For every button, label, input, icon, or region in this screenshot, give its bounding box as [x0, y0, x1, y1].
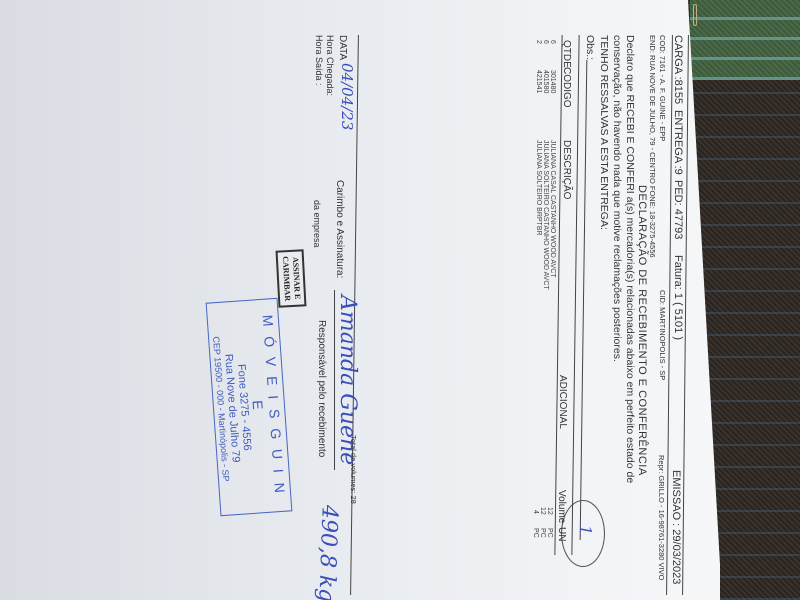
circled-mark: 1 [576, 525, 595, 535]
cell-un: PC [532, 528, 539, 538]
col-header-un: UN [556, 527, 567, 541]
declaration-line-3: TENHO RESSALVAS A ESTA ENTREGA: [597, 35, 610, 230]
responsavel-label: Responsável pelo recebimento [316, 320, 327, 457]
table-header-line [554, 35, 562, 555]
table-top-line [571, 35, 579, 555]
cell-descricao: JULIANA SOLTEIRO CASTANHO WOOD AVCT [542, 140, 549, 290]
cell-codigo: 401580 [542, 70, 549, 93]
cell-volume: 4 [532, 510, 539, 514]
col-header-adicional: ADICIONAL [557, 375, 568, 429]
hora-saida: Hora Saída : [314, 35, 324, 86]
data-label: DATA [337, 35, 348, 60]
data-value: 04/04/23 [338, 63, 356, 130]
header-entrega: ENTREGA :9 [672, 110, 684, 175]
col-header-descricao: DESCRIÇÃO [561, 140, 572, 199]
header-cidade: CID: MARTINOPOLIS - SP [658, 290, 667, 380]
background-fabric-green [690, 0, 800, 80]
cell-codigo: 421541 [535, 70, 542, 93]
obs-label: Obs.: [583, 35, 596, 60]
cell-codigo: 301480 [549, 70, 556, 93]
cell-volume: 12 [546, 507, 553, 515]
delivery-receipt: CARGA :8155 ENTREGA :9 PED: 47793 Fatura… [280, 35, 700, 595]
carimbo-label: Carimbo e Assinatura: [334, 180, 345, 278]
stamp-assinar-carimbar: ASSINAR E CARIMBAR [276, 249, 307, 307]
signature: Amanda Guene [335, 295, 360, 465]
declaration-line-1: Declaro que RECEBI E CONFERI a(s) mercad… [623, 35, 636, 483]
obs-line [580, 60, 588, 540]
cell-un: PC [539, 528, 546, 538]
cell-un: PC [546, 528, 553, 538]
company-stamp: M Ó V E I S G U I N E Fone 3275 - 4556 R… [206, 298, 293, 517]
cell-qtde: 6 [549, 40, 556, 44]
col-header-qtde: QTDE [561, 40, 572, 68]
weight-note: 490,8 kg [313, 505, 341, 600]
col-header-volume: Volume [556, 490, 567, 523]
header-cliente: COD: 7161 - A. F. GUINE - EPP [658, 35, 667, 141]
header-representante: Repr: GRILLO - 16-98761-3280 VIVO [657, 455, 666, 580]
cell-descricao: JULIANA CASAL CASTANHO WOOD AVCT [549, 140, 556, 278]
header-carga: CARGA :8155 [672, 35, 684, 104]
declaration-line-2: conservação, não havendo nada que motive… [610, 35, 623, 362]
hora-chegada: Hora Chegada: [325, 35, 335, 96]
cell-qtde: 2 [535, 40, 542, 44]
header-emissao: EMISSAO : 29/03/2023 [670, 470, 682, 584]
cell-qtde: 6 [542, 40, 549, 44]
da-empresa: da empresa [312, 200, 322, 248]
paper-clip-icon [693, 4, 697, 26]
col-header-codigo: CODIGO [561, 67, 572, 108]
cell-descricao: JULIANA SOLTEIRO BRPTBR [535, 140, 542, 236]
header-pedido: PED: 47793 [672, 180, 684, 239]
cell-volume: 12 [539, 507, 546, 515]
header-fatura: Fatura: 1 ( 5101 ) [672, 255, 684, 340]
header-endereco: END: RUA NOVE DE JULHO, 79 - CENTRO FONE… [648, 35, 657, 258]
declaration-title: DECLARAÇÃO DE RECEBIMENTO E CONFERÊNCIA [636, 185, 648, 476]
